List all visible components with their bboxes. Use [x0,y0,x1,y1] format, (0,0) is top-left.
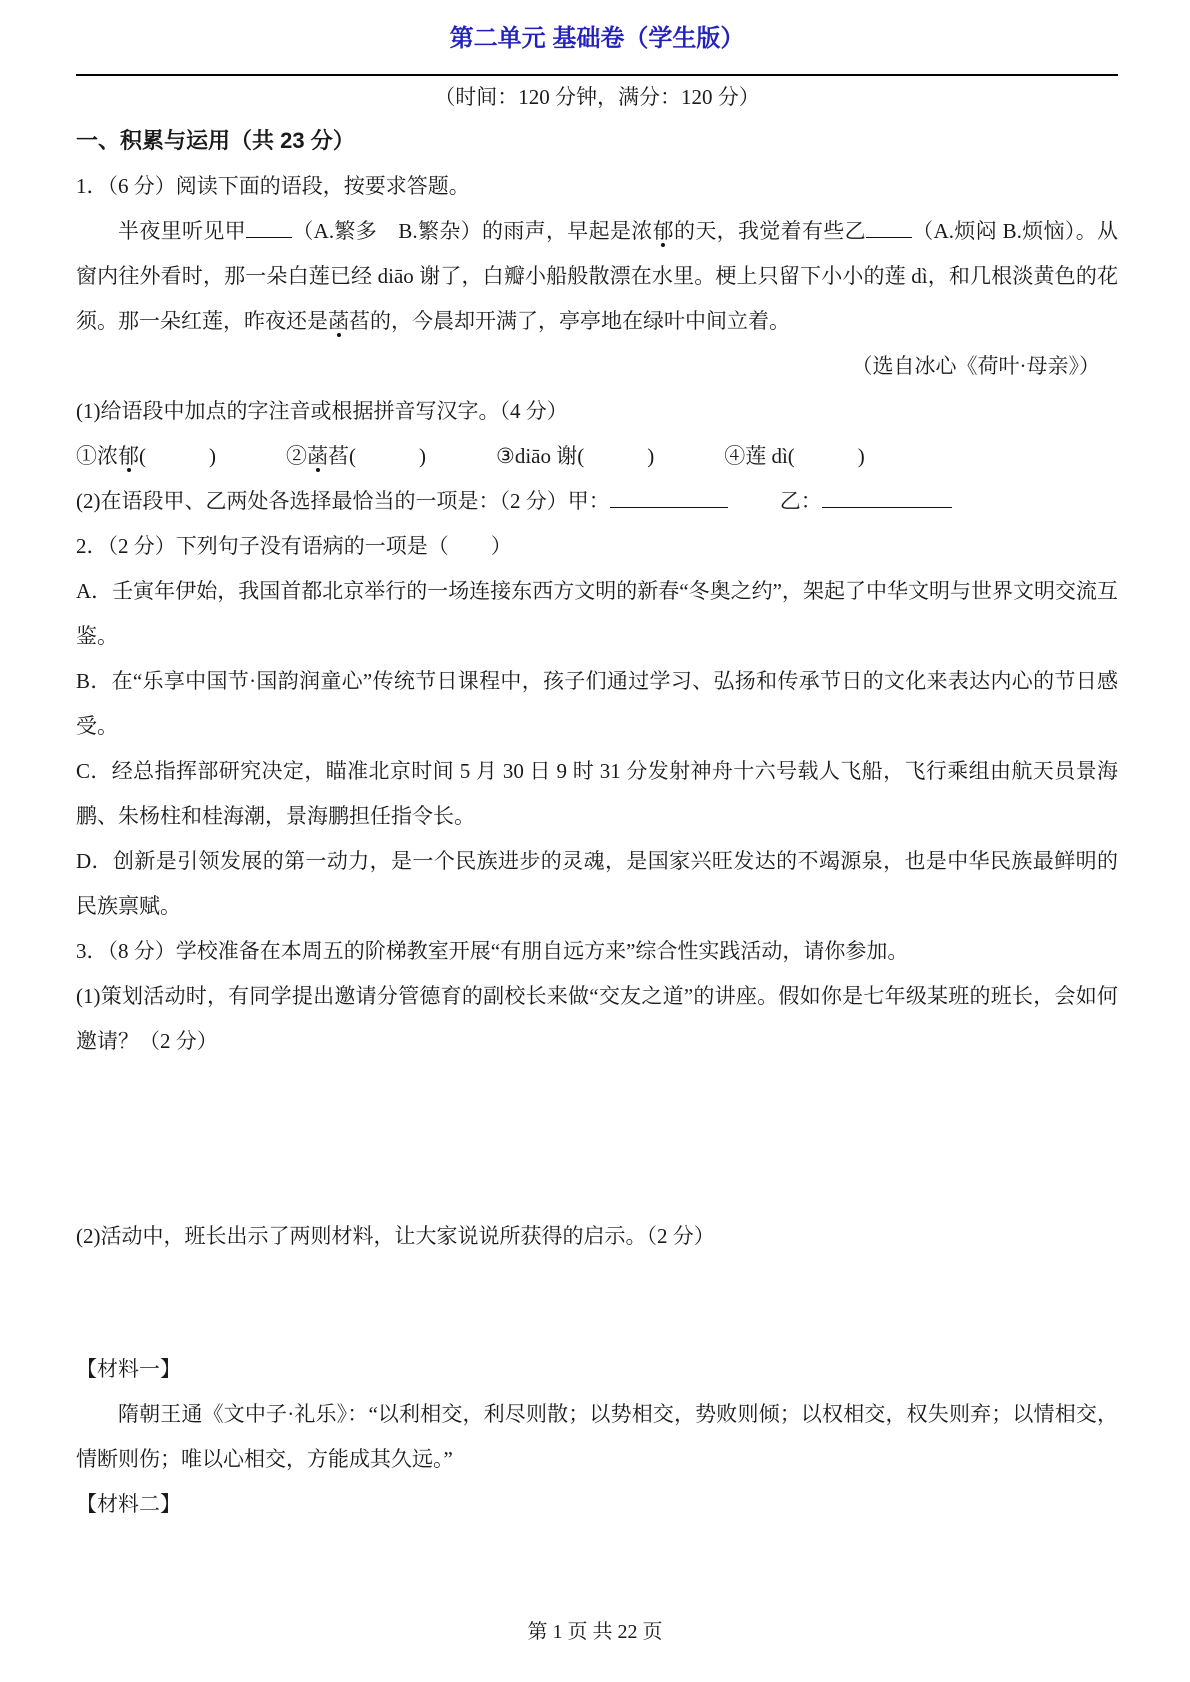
material2-label: 【材料二】 [76,1482,1118,1527]
emphasized-char: 郁 [653,219,674,243]
yi-label: 乙： [780,489,822,513]
answer-blank-jia [610,485,728,508]
option-item-b: B．在“乐享中国节·国韵润童心”传统节日课程中，孩子们通过学习、弘扬和传承节日的… [76,659,1118,749]
q3-sub1-stem: (1)策划活动时，有同学提出邀请分管德育的副校长来做“交友之道”的讲座。假如你是… [76,974,1118,1064]
passage-text: 的天，我觉着有些乙 [674,219,866,243]
q2-stem: 2．（2 分）下列句子没有语病的一项是（ ） [76,524,1118,569]
passage-text: （A.繁多 B.繁杂）的雨声，早起是浓 [292,219,653,243]
option-item-a: A．壬寅年伊始，我国首都北京举行的一场连接东西方文明的新春“冬奥之约”，架起了中… [76,569,1118,659]
fill-in-blank-yi [866,215,912,238]
document-page: 第二单元 基础卷（学生版） （时间：120 分钟，满分：120 分） 一、积累与… [0,0,1190,1682]
pinyin-item-text: ( ) [139,444,216,468]
pinyin-item-text: ①浓 [76,444,118,468]
emphasized-char: 菡 [307,444,328,468]
doc-title: 第二单元 基础卷（学生版） [76,22,1118,56]
fill-in-blank-jia [246,215,292,238]
pinyin-item-2: ②菡萏( ) [286,434,426,479]
q1-sub1-stem: (1)给语段中加点的字注音或根据拼音写汉字。（4 分） [76,389,1118,434]
q1-passage: 半夜里听见甲（A.繁多 B.繁杂）的雨声，早起是浓郁的天，我觉着有些乙（A.烦闷… [76,209,1118,344]
jia-label: 甲： [568,489,610,513]
emphasized-char: 菡 [328,309,349,333]
passage-text: 半夜里听见甲 [118,219,246,243]
pinyin-item-text: ③diāo 谢( ) [496,444,654,468]
q3-stem: 3．（8 分）学校准备在本周五的阶梯教室开展“有朋自远方来”综合性实践活动，请你… [76,929,1118,974]
exam-time-score: （时间：120 分钟，满分：120 分） [76,76,1118,118]
option-item-d: D．创新是引领发展的第一动力，是一个民族进步的灵魂，是国家兴旺发达的不竭源泉，也… [76,839,1118,929]
q1-stem: 1．（6 分）阅读下面的语段，按要求答题。 [76,164,1118,209]
pinyin-item-4: ④莲 dì( ) [724,434,865,479]
pinyin-item-text: ② [286,444,307,468]
q3-sub2-stem: (2)活动中，班长出示了两则材料，让大家说说所获得的启示。（2 分） [76,1214,1118,1259]
pinyin-item-1: ①浓郁( ) [76,434,216,479]
pinyin-item-text: 萏( ) [328,444,426,468]
pinyin-item-text: ④莲 dì( ) [724,444,865,468]
material1-label: 【材料一】 [76,1347,1118,1392]
q1-sub2-text: (2)在语段甲、乙两处各选择最恰当的一项是：（2 分） [76,489,568,513]
answer-space [76,1259,1118,1347]
answer-blank-yi [822,485,952,508]
section-heading: 一、积累与运用（共 23 分） [76,118,1118,164]
source-attribution: （选自冰心《荷叶·母亲》） [76,344,1118,389]
page-footer: 第 1 页 共 22 页 [0,1620,1190,1644]
pinyin-items-row: ①浓郁( ) ②菡萏( ) ③diāo 谢( ) ④莲 dì( ) [76,434,1118,479]
emphasized-char: 郁 [118,444,139,468]
material1-text: 隋朝王通《文中子·礼乐》：“以利相交，利尽则散；以势相交，势败则倾；以权相交，权… [76,1392,1118,1482]
option-item-c: C．经总指挥部研究决定，瞄准北京时间 5 月 30 日 9 时 31 分发射神舟… [76,749,1118,839]
q1-sub2-stem: (2)在语段甲、乙两处各选择最恰当的一项是：（2 分）甲：乙： [76,479,1118,524]
pinyin-item-3: ③diāo 谢( ) [496,434,654,479]
passage-text: 萏的，今晨却开满了，亭亭地在绿叶中间立着。 [349,309,790,333]
answer-space [76,1064,1118,1214]
